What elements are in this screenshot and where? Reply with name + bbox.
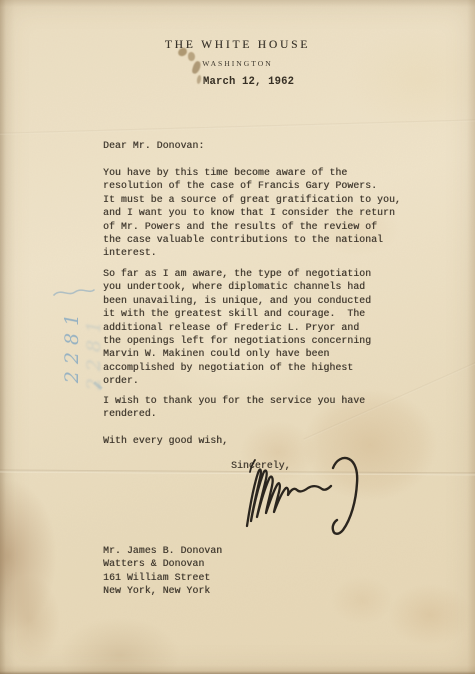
recipient-street: 161 William Street	[103, 571, 222, 584]
signature-tick	[250, 460, 255, 472]
recipient-name: Mr. James B. Donovan	[103, 544, 222, 557]
signature-scrawl	[247, 470, 331, 526]
recipient-block: Mr. James B. Donovan Watters & Donovan 1…	[103, 544, 222, 598]
signature-flourish	[333, 458, 357, 534]
recipient-city: New York, New York	[103, 584, 222, 597]
scanned-letter: THE WHITE HOUSE WASHINGTON March 12, 196…	[0, 0, 475, 674]
recipient-firm: Watters & Donovan	[103, 557, 222, 570]
signature	[0, 0, 475, 674]
